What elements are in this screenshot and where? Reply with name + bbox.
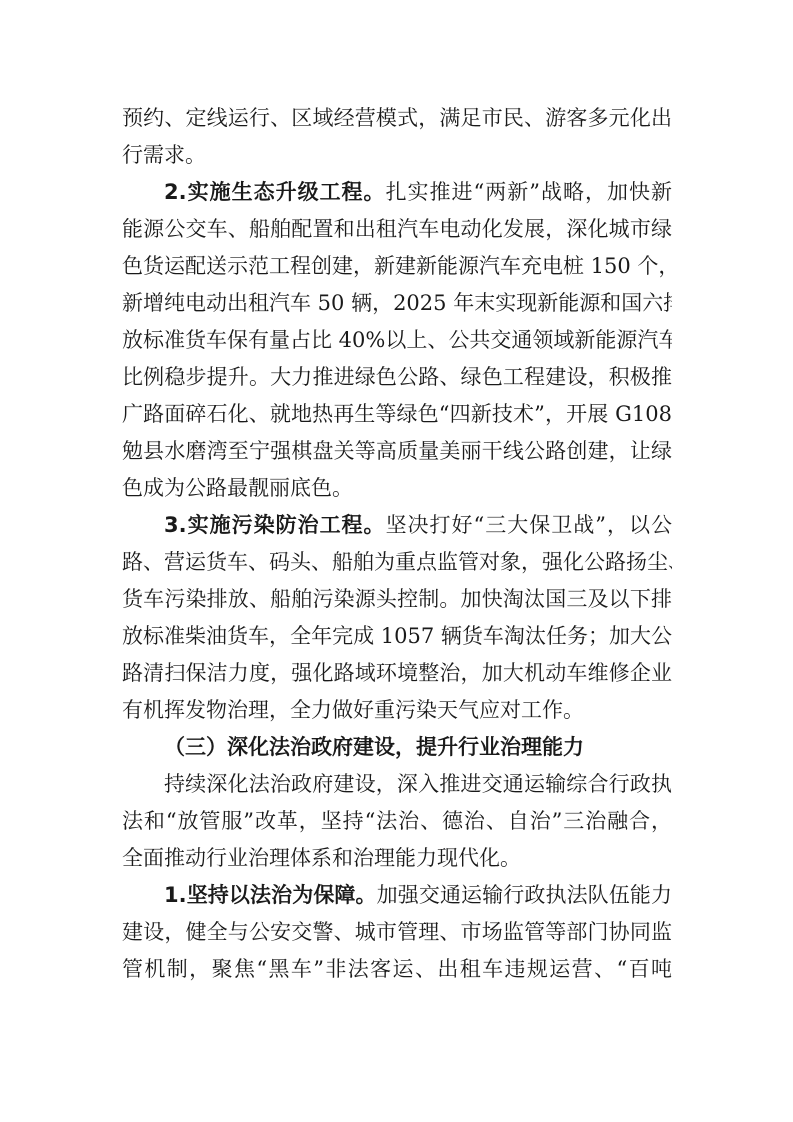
text-line: 有机挥发物治理，全力做好重污染天气应对工作。	[122, 692, 672, 729]
paragraph-lead-line: 3.实施污染防治工程。坚决打好“三大保卫战”，以公	[122, 507, 672, 544]
text-line: 放标准柴油货车，全年完成 1057 辆货车淘汰任务；加大公	[122, 618, 672, 655]
paragraph-lead-line: 2.实施生态升级工程。扎实推进“两新”战略，加快新	[122, 174, 672, 211]
text-line: 能源公交车、船舶配置和出租汽车电动化发展，深化城市绿	[122, 211, 672, 248]
bold-lead-heading: 1.坚持以法治为保障。	[164, 883, 377, 907]
text-line: 路、营运货车、码头、船舶为重点监管对象，强化公路扬尘、	[122, 544, 672, 581]
text-line: 新增纯电动出租汽车 50 辆，2025 年末实现新能源和国六排	[122, 285, 672, 322]
text-line: 勉县水磨湾至宁强棋盘关等高质量美丽干线公路创建，让绿	[122, 433, 672, 470]
text-span: 扎实推进“两新”战略，加快新	[386, 180, 672, 204]
text-line: 比例稳步提升。大力推进绿色公路、绿色工程建设，积极推	[122, 359, 672, 396]
bold-lead-heading: 2.实施生态升级工程。	[164, 180, 386, 204]
text-span: 坚决打好“三大保卫战”，以公	[386, 513, 672, 537]
text-line: 色成为公路最靓丽底色。	[122, 470, 672, 507]
bold-lead-heading: 3.实施污染防治工程。	[164, 513, 386, 537]
text-line: 全面推动行业治理体系和治理能力现代化。	[122, 840, 672, 877]
text-line: 管机制，聚焦“黑车”非法客运、出租车违规运营、“百吨	[122, 951, 672, 988]
text-line: 货车污染排放、船舶污染源头控制。加快淘汰国三及以下排	[122, 581, 672, 618]
document-page: 预约、定线运行、区域经营模式，满足市民、游客多元化出 行需求。 2.实施生态升级…	[122, 100, 672, 988]
text-line: 法和“放管服”改革，坚持“法治、德治、自治”三治融合，	[122, 803, 672, 840]
text-line: 建设，健全与公安交警、城市管理、市场监管等部门协同监	[122, 914, 672, 951]
text-line: 放标准货车保有量占比 40%以上、公共交通领域新能源汽车	[122, 322, 672, 359]
text-line: 路清扫保洁力度，强化路域环境整治，加大机动车维修企业	[122, 655, 672, 692]
text-line: 预约、定线运行、区域经营模式，满足市民、游客多元化出	[122, 100, 672, 137]
text-line: 持续深化法治政府建设，深入推进交通运输综合行政执	[122, 766, 672, 803]
text-line: 广路面碎石化、就地热再生等绿色“四新技术”，开展 G108	[122, 396, 672, 433]
paragraph-lead-line: 1.坚持以法治为保障。加强交通运输行政执法队伍能力	[122, 877, 672, 914]
section-heading: （三）深化法治政府建设，提升行业治理能力	[122, 729, 672, 766]
text-span: 加强交通运输行政执法队伍能力	[377, 883, 672, 907]
text-line: 色货运配送示范工程创建，新建新能源汽车充电桩 150 个，	[122, 248, 672, 285]
text-line: 行需求。	[122, 137, 672, 174]
